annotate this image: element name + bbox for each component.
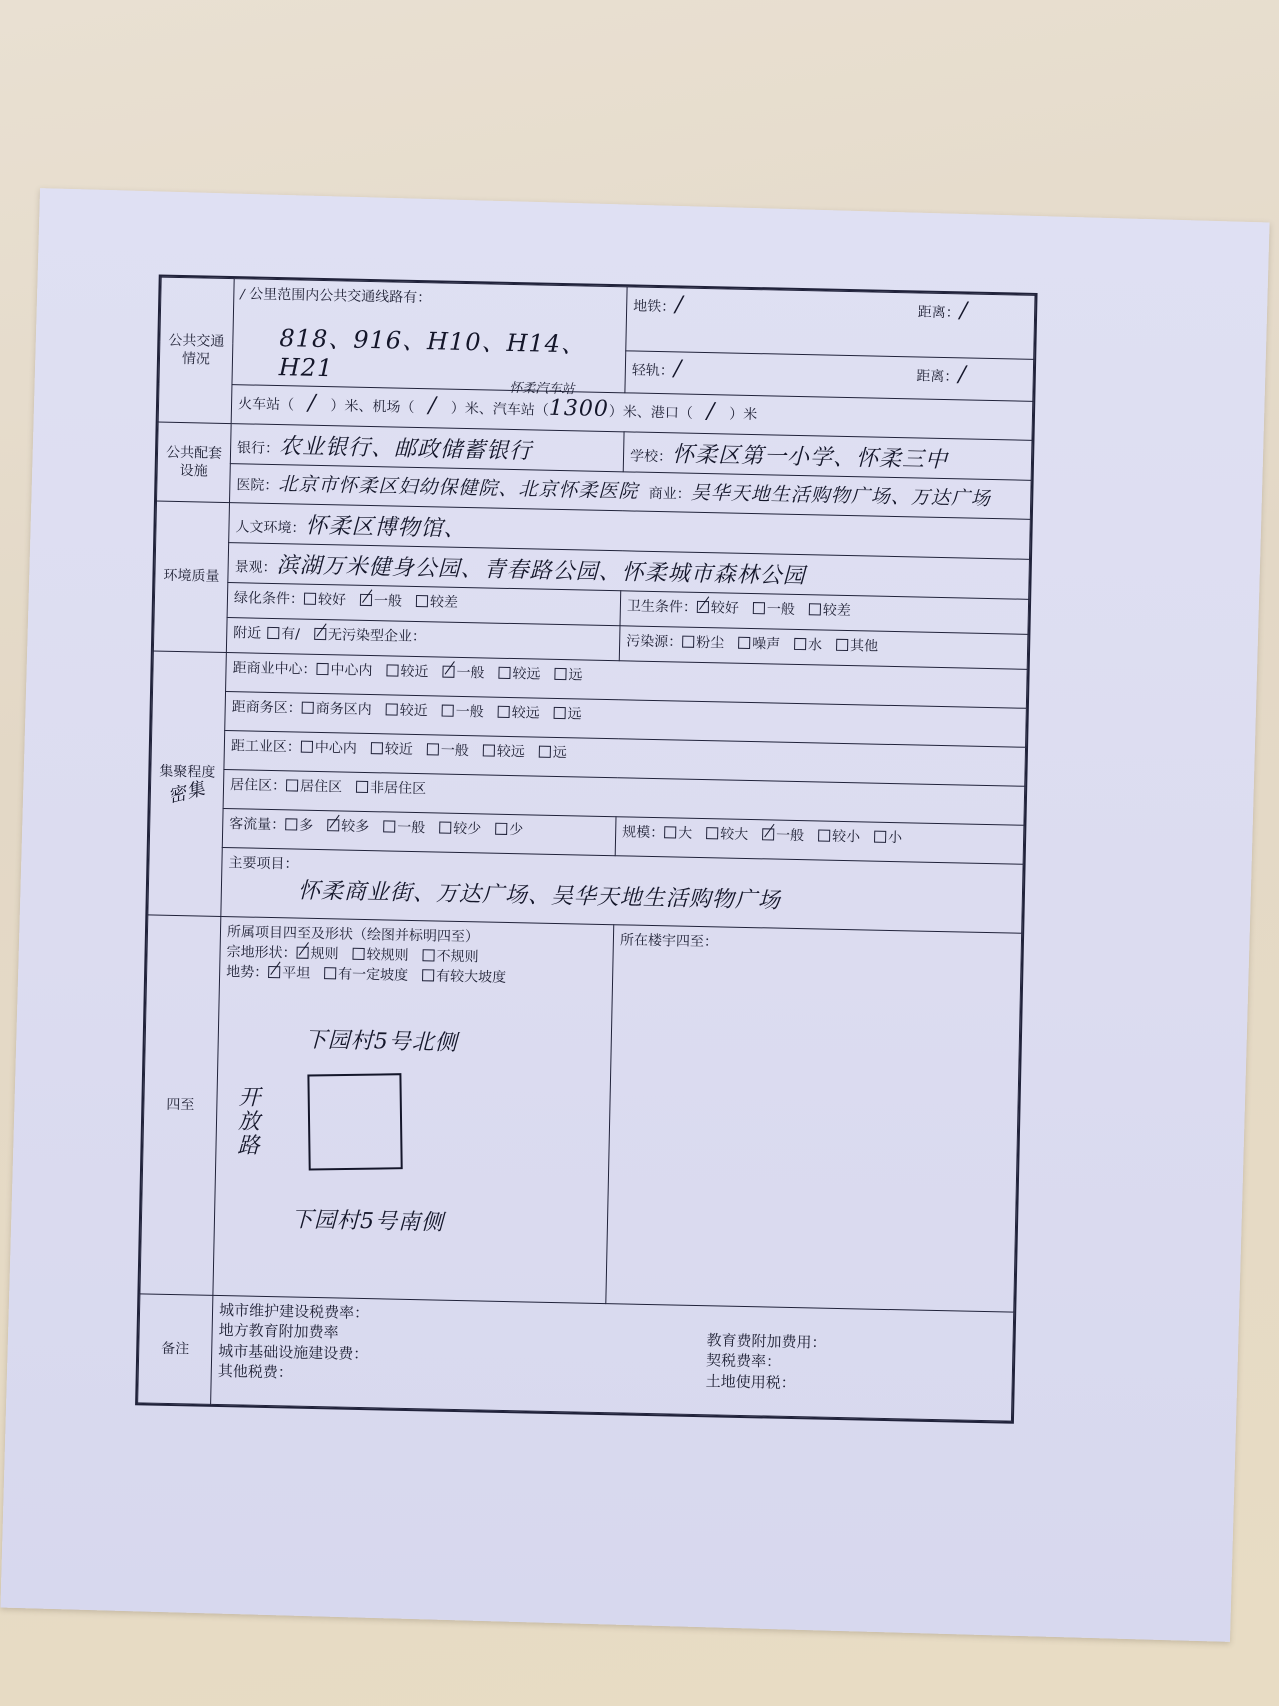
checkbox-option[interactable]: 商务区内 (302, 698, 372, 719)
checked-box-icon[interactable] (442, 666, 454, 678)
option-label: 远 (553, 745, 567, 761)
greening-options: 较好一般较差 (304, 592, 472, 612)
nearby-options: 有/无污染型企业： (267, 626, 440, 646)
option-label: 较多 (341, 818, 369, 835)
option-label: 一般 (374, 593, 402, 610)
empty-box-icon[interactable] (495, 823, 507, 835)
option-label: 较少 (453, 821, 481, 838)
option-label: 粉尘 (696, 635, 724, 652)
residential-options: 居住区非居住区 (286, 778, 440, 797)
option-label: 中心内 (315, 740, 357, 757)
checkbox-option[interactable]: 较近 (385, 699, 427, 720)
survey-form: 公共交通情况 / 公里范围内公共交通线路有： 818、916、H10、H14、H… (135, 275, 1037, 1424)
empty-box-icon[interactable] (386, 703, 398, 715)
transport-section-label: 公共交通情况 (158, 277, 234, 423)
checkbox-option[interactable]: 小 (874, 827, 902, 848)
industrial-label: 距工业区： (231, 738, 301, 755)
remark-item: 城市基础设施建设费： (218, 1341, 368, 1364)
checkbox-option[interactable]: 中心内 (316, 659, 372, 680)
remarks-section-label: 备注 (138, 1294, 213, 1405)
checkbox-option[interactable]: 有一定坡度 (324, 963, 408, 985)
empty-box-icon[interactable] (498, 706, 510, 718)
option-label: 较近 (385, 741, 413, 758)
checkbox-option[interactable]: 较远 (483, 740, 525, 761)
checkbox-option[interactable]: 远 (539, 742, 567, 763)
checkbox-option[interactable]: 有较大坡度 (422, 965, 506, 987)
empty-box-icon[interactable] (498, 667, 510, 679)
option-label: 不规则 (436, 949, 478, 966)
greening-label: 绿化条件： (234, 590, 304, 607)
empty-box-icon[interactable] (267, 627, 279, 639)
empty-box-icon[interactable] (442, 705, 454, 717)
option-label: 规则 (310, 946, 338, 963)
checkbox-option[interactable]: 粉尘 (682, 632, 724, 653)
empty-box-icon[interactable] (439, 822, 451, 834)
bus-station-label: ）米、汽车站（ (451, 401, 549, 419)
empty-box-icon[interactable] (422, 949, 434, 961)
bus-station-note: 怀柔汽车站 (509, 377, 574, 397)
airport-label: ）米、机场（ (330, 398, 414, 416)
checkbox-option[interactable]: 较小 (818, 825, 860, 846)
checkbox-option[interactable]: 有/ (267, 623, 300, 644)
checkbox-option[interactable]: 不规则 (422, 945, 478, 966)
empty-box-icon[interactable] (753, 602, 765, 614)
scale-options: 大较大一般较小小 (664, 825, 916, 846)
commerce-label: 商业： (649, 486, 691, 503)
sketch-south-label: 下园村5号南侧 (291, 1203, 445, 1237)
option-label: 商务区内 (316, 701, 372, 718)
option-label: 较近 (400, 664, 428, 681)
option-label: 有一定坡度 (338, 966, 408, 983)
empty-box-icon[interactable] (427, 743, 439, 755)
empty-box-icon[interactable] (554, 668, 566, 680)
empty-box-icon[interactable] (682, 636, 694, 648)
option-label: 较近 (400, 703, 428, 720)
checkbox-option[interactable]: 较多 (327, 815, 369, 836)
bus-range-value: / (240, 287, 245, 302)
hospital-value: 北京市怀柔区妇幼保健院、北京怀柔医院 (278, 473, 638, 503)
option-label: 其他 (850, 638, 878, 655)
option-label: 非居住区 (370, 780, 426, 797)
checkbox-option[interactable]: 居住区 (286, 775, 342, 796)
bank-label: 银行： (237, 440, 279, 457)
checked-box-icon[interactable] (697, 601, 709, 613)
empty-box-icon[interactable] (483, 744, 495, 756)
industrial-options: 中心内较近一般较远远 (301, 740, 581, 762)
empty-box-icon[interactable] (304, 593, 316, 605)
empty-box-icon[interactable] (416, 595, 428, 607)
remark-item: 其他税费： (218, 1361, 368, 1384)
subway-distance-label: 距离： (918, 304, 960, 321)
empty-box-icon[interactable] (422, 969, 434, 981)
residential-label: 居住区： (230, 777, 286, 794)
option-label: 居住区 (300, 779, 342, 796)
light-rail-distance-value: / (958, 362, 967, 387)
scale-label: 规模： (622, 824, 664, 841)
option-label: 小 (888, 830, 902, 846)
train-station-label: 火车站（ (238, 396, 294, 413)
option-label: 远 (568, 667, 582, 683)
checkbox-option[interactable]: 一般 (427, 739, 469, 760)
checkbox-option[interactable]: 较规则 (352, 944, 408, 965)
culture-label: 人文环境： (235, 519, 305, 536)
environment-section-label: 环境质量 (153, 501, 229, 652)
nearby-label: 附近 (233, 625, 261, 642)
option-label: 平坦 (282, 965, 310, 982)
checkbox-option[interactable]: 一般 (360, 590, 402, 611)
checkbox-option[interactable]: 噪声 (738, 633, 780, 654)
boundaries-section-label: 四至 (140, 915, 221, 1295)
checked-box-icon[interactable] (327, 819, 339, 831)
option-label: 中心内 (330, 662, 372, 679)
pollution-label: 污染源： (626, 633, 682, 650)
light-rail-value: / (674, 356, 683, 381)
bus-station-value: 1300 (549, 396, 610, 422)
checkbox-option[interactable]: 大 (664, 822, 692, 843)
subway-cell: 地铁：/ 距离：/ (626, 287, 1035, 360)
subway-distance-value: / (959, 298, 968, 323)
empty-box-icon[interactable] (794, 638, 806, 650)
option-label: 较小 (832, 829, 860, 846)
checked-box-icon[interactable] (762, 828, 774, 840)
empty-box-icon[interactable] (286, 779, 298, 791)
empty-box-icon[interactable] (356, 781, 368, 793)
empty-box-icon[interactable] (706, 827, 718, 839)
option-label: 少 (509, 822, 523, 838)
remarks-right-list: 教育费附加费用：契税费率：土地使用税： (705, 1330, 826, 1393)
commercial-center-label: 距商业中心： (232, 660, 316, 678)
option-label: 水 (808, 637, 822, 653)
light-rail-distance-label: 距离： (916, 368, 958, 385)
light-rail-label: 轻轨： (632, 362, 674, 379)
checkbox-option[interactable]: 远 (553, 703, 581, 724)
commercial-center-options: 中心内较近一般较远远 (316, 662, 596, 684)
checkbox-option[interactable]: 中心内 (301, 737, 357, 758)
unit-end-label: ）米 (729, 407, 757, 424)
option-label: 有/ (281, 626, 300, 642)
remark-item: 土地使用税： (705, 1371, 825, 1394)
option-label: 较远 (497, 744, 525, 761)
empty-box-icon[interactable] (836, 639, 848, 651)
checkbox-option[interactable]: 较近 (386, 660, 428, 681)
option-label: 一般 (397, 820, 425, 837)
checkbox-option[interactable]: 较远 (497, 702, 539, 723)
option-label: 大 (678, 826, 692, 842)
empty-box-icon[interactable] (738, 637, 750, 649)
option-label: 较规则 (366, 947, 408, 964)
traffic-options: 多较多一般较少少 (285, 817, 537, 838)
checkbox-option[interactable]: 较近 (371, 738, 413, 759)
subway-label: 地铁： (633, 298, 675, 315)
airport-value: / (428, 393, 437, 418)
checkbox-option[interactable]: 非居住区 (356, 777, 426, 798)
checkbox-option[interactable]: 较差 (809, 599, 851, 620)
option-label: 较远 (512, 666, 540, 683)
empty-box-icon[interactable] (324, 967, 336, 979)
option-label: 较差 (430, 594, 458, 611)
bus-routes-cell: / 公里范围内公共交通线路有： 818、916、H10、H14、H21 (232, 279, 627, 393)
checkbox-option[interactable]: 水 (794, 634, 822, 655)
checkbox-option[interactable]: 较差 (416, 591, 458, 612)
checkbox-option[interactable]: 较少 (439, 818, 481, 839)
empty-box-icon[interactable] (301, 741, 313, 753)
checkbox-option[interactable]: 远 (554, 664, 582, 685)
landscape-value: 滨湖万米健身公园、青春路公园、怀柔城市森林公园 (276, 553, 805, 589)
checkbox-option[interactable]: 平坦 (268, 962, 310, 983)
sketch-west-label: 开放路 (237, 1086, 265, 1159)
site-sketch: 下园村5号北侧 开放路 下园村5号南侧 (219, 981, 605, 1299)
sketch-north-label: 下园村5号北侧 (304, 1023, 458, 1057)
school-label: 学校： (630, 448, 672, 465)
form-paper: 公共交通情况 / 公里范围内公共交通线路有： 818、916、H10、H14、H… (0, 188, 1269, 1642)
option-label: 较差 (823, 603, 851, 620)
option-label: 无污染型企业： (328, 627, 426, 645)
empty-box-icon[interactable] (386, 664, 398, 676)
boundaries-cell: 所属项目四至及形状（绘图并标明四至） 宗地形状：规则较规则不规则 地势：平坦有一… (213, 916, 614, 1303)
shape-label: 宗地形状： (226, 944, 296, 961)
option-label: 一般 (776, 828, 804, 845)
option-label: 较好 (318, 592, 346, 609)
landscape-label: 景观： (234, 559, 276, 576)
building-boundaries-cell: 所在楼宇四至： (606, 925, 1022, 1312)
checkbox-option[interactable]: 较远 (498, 663, 540, 684)
checked-box-icon[interactable] (296, 947, 308, 959)
school-value: 怀柔区第一小学、怀柔三中 (672, 442, 948, 473)
agglomeration-section: 集聚程度 密集 (148, 651, 227, 916)
empty-box-icon[interactable] (371, 742, 383, 754)
option-label: 一般 (767, 601, 795, 618)
remark-item: 契税费率： (706, 1350, 826, 1373)
facilities-section-label: 公共配套设施 (157, 422, 232, 503)
empty-box-icon[interactable] (874, 831, 886, 843)
option-label: 较好 (711, 600, 739, 617)
empty-box-icon[interactable] (664, 826, 676, 838)
checked-box-icon[interactable] (314, 628, 326, 640)
pollution-options: 粉尘噪声水其他 (682, 635, 892, 655)
empty-box-icon[interactable] (818, 829, 830, 841)
checkbox-option[interactable]: 一般 (442, 662, 484, 683)
commerce-value: 吴华天地生活购物广场、万达广场 (691, 482, 991, 510)
remarks-cell: 城市维护建设税费率：地方教育附加费率城市基础设施建设费：其他税费： 教育费附加费… (211, 1295, 1014, 1421)
option-label: 一般 (441, 743, 469, 760)
remark-item: 教育费附加费用： (706, 1330, 826, 1353)
option-label: 一般 (456, 665, 484, 682)
port-value: / (707, 399, 716, 424)
checkbox-option[interactable]: 较大 (706, 823, 748, 844)
checkbox-option[interactable]: 一般 (441, 701, 483, 722)
option-label: 远 (567, 706, 581, 722)
checkbox-option[interactable]: 多 (285, 814, 313, 835)
checkbox-option[interactable]: 少 (495, 819, 523, 840)
empty-box-icon[interactable] (539, 746, 551, 758)
remark-item: 地方教育附加费率 (218, 1320, 368, 1343)
hospital-label: 医院： (236, 477, 278, 494)
sanitation-options: 较好一般较差 (697, 600, 865, 620)
bus-routes-label: 公里范围内公共交通线路有： (249, 286, 431, 306)
bank-value: 农业银行、邮政储蓄银行 (279, 434, 532, 464)
option-label: 噪声 (752, 636, 780, 653)
remarks-left-list: 城市维护建设税费率：地方教育附加费率城市基础设施建设费：其他税费： (218, 1300, 370, 1384)
terrain-label: 地势： (226, 964, 268, 981)
empty-box-icon[interactable] (352, 948, 364, 960)
business-district-label: 距商务区： (232, 699, 302, 716)
checkbox-option[interactable]: 规则 (296, 943, 338, 964)
option-label: 一般 (455, 704, 483, 721)
empty-box-icon[interactable] (554, 707, 566, 719)
empty-box-icon[interactable] (316, 663, 328, 675)
checkbox-option[interactable]: 一般 (762, 824, 804, 845)
checkbox-option[interactable]: 较好 (304, 589, 346, 610)
option-label: 有较大坡度 (436, 968, 506, 985)
option-label: 多 (299, 818, 313, 834)
checkbox-option[interactable]: 无污染型企业： (314, 624, 426, 646)
building-boundaries-label: 所在楼宇四至： (620, 929, 1015, 957)
site-outline-square (307, 1073, 402, 1170)
subway-value: / (675, 292, 684, 317)
port-label: ）米、港口（ (609, 404, 693, 422)
checkbox-option[interactable]: 其他 (836, 635, 878, 656)
empty-box-icon[interactable] (285, 818, 297, 830)
checked-box-icon[interactable] (268, 966, 280, 978)
checkbox-option[interactable]: 一般 (383, 816, 425, 837)
train-station-value: / (308, 391, 317, 416)
checkbox-option[interactable]: 一般 (753, 598, 795, 619)
empty-box-icon[interactable] (809, 603, 821, 615)
business-district-options: 商务区内较近一般较远远 (302, 701, 596, 723)
option-label: 较远 (511, 705, 539, 722)
culture-value: 怀柔区博物馆、 (305, 514, 467, 542)
option-label: 较大 (720, 826, 748, 843)
checked-box-icon[interactable] (360, 594, 372, 606)
sanitation-label: 卫生条件： (627, 598, 697, 615)
checkbox-option[interactable]: 较好 (697, 597, 739, 618)
empty-box-icon[interactable] (383, 820, 395, 832)
empty-box-icon[interactable] (302, 702, 314, 714)
traffic-label: 客流量： (229, 816, 285, 833)
